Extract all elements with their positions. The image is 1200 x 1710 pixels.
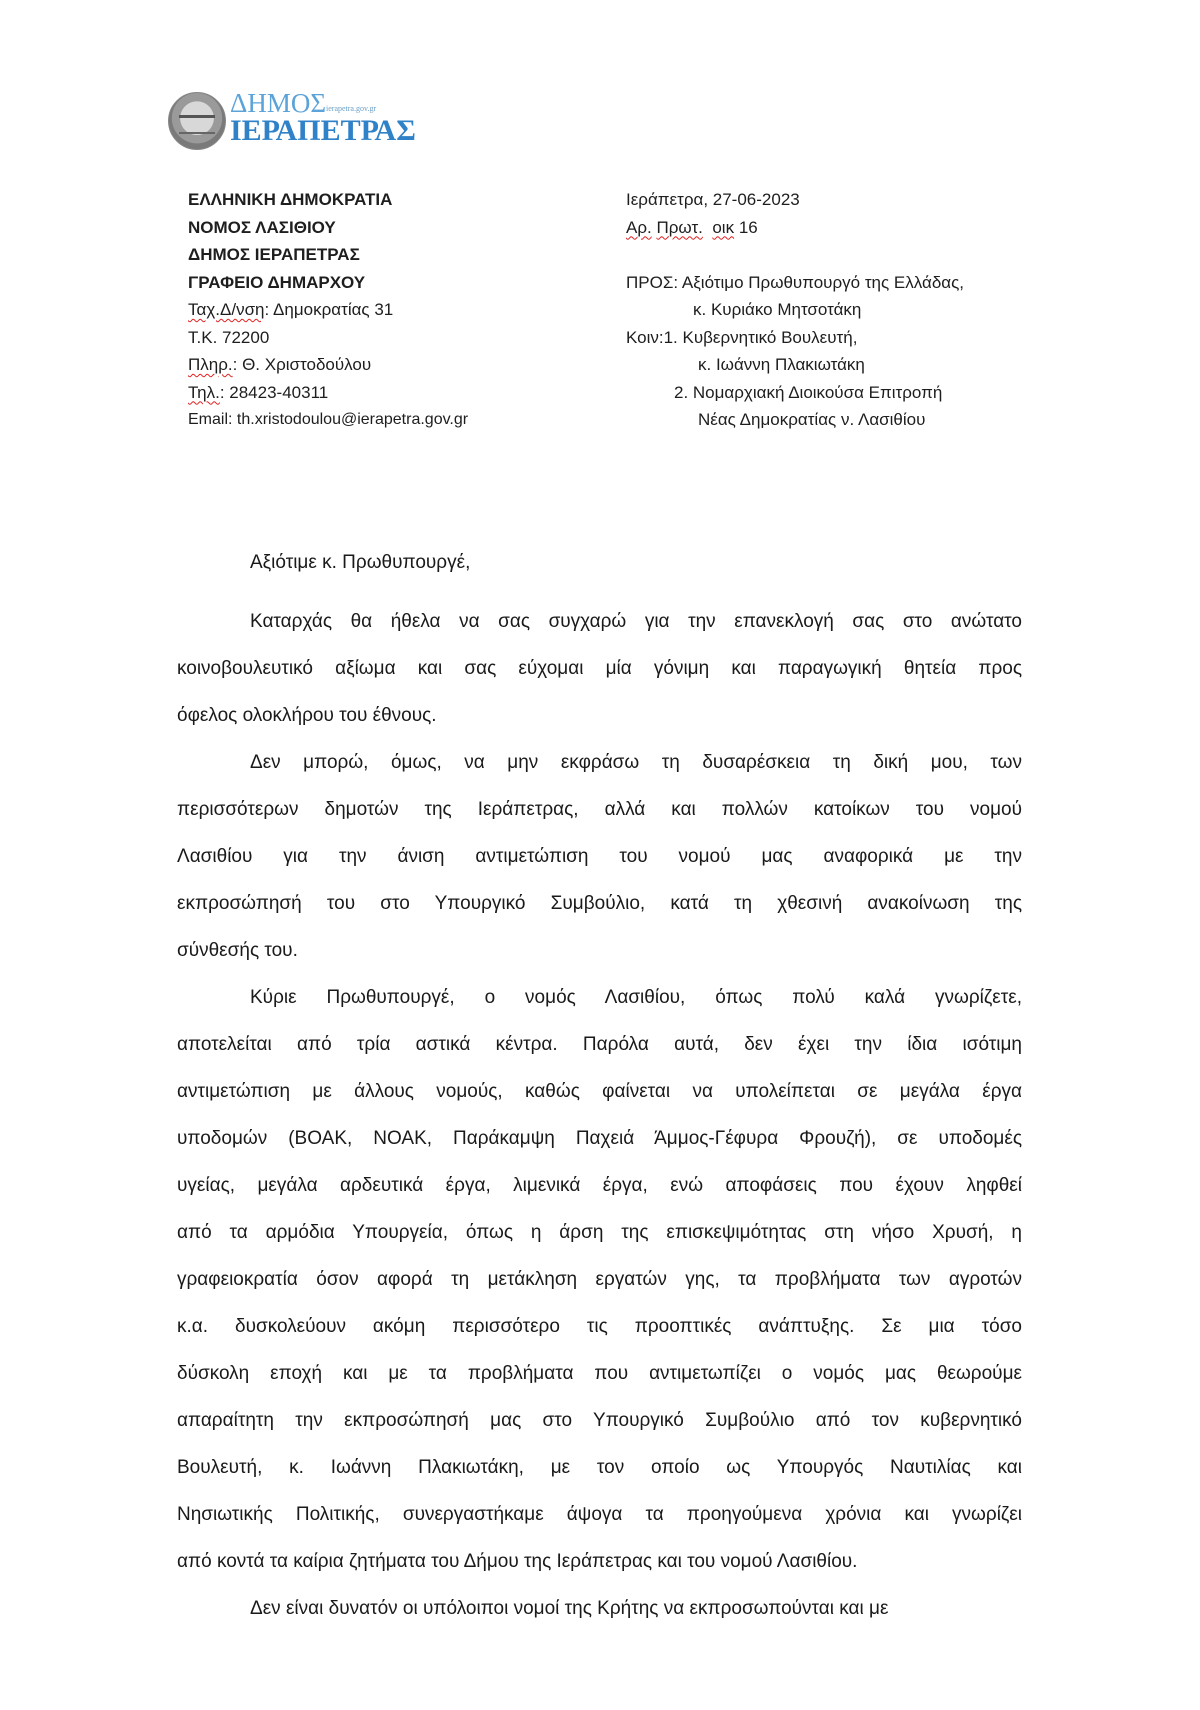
municipal-seal-icon (168, 92, 226, 150)
paragraph-line: από κοντά τα καίρια ζητήματα του Δήμου τ… (177, 1538, 1022, 1585)
paragraph-line: από τα αρμόδια Υπουργεία, όπως η άρση τη… (177, 1209, 1022, 1256)
municipality-logo: ΔΗΜΟΣ ierapetra.gov.gr ΙΕΡΑΠΕΤΡΑΣ (168, 88, 418, 158)
paragraph-line: Λασιθίου για την άνιση αντιμετώπιση του … (177, 833, 1022, 880)
paragraph: Δεν είναι δυνατόν οι υπόλοιποι νομοί της… (177, 1585, 1022, 1632)
paragraph: Καταρχάς θα ήθελα να σας συγχαρώ για την… (177, 598, 1022, 739)
paragraph-line: δύσκολη εποχή και με τα προβλήματα που α… (177, 1350, 1022, 1397)
paragraph-line: κ.α. δυσκολεύουν ακόμη περισσότερο τις π… (177, 1303, 1022, 1350)
protocol-label-oik: οικ (712, 218, 734, 237)
paragraph-line: αντιμετώπιση με άλλους νομούς, καθώς φαί… (177, 1068, 1022, 1115)
letter-paragraphs: Καταρχάς θα ήθελα να σας συγχαρώ για την… (177, 598, 1022, 1632)
protocol-number: Αρ. Πρωτ. οικ 16 (626, 214, 1096, 242)
protocol-label-prot: Πρωτ. (656, 218, 702, 237)
sender-org-office: ΓΡΑΦΕΙΟ ΔΗΜΑΡΧΟΥ (188, 269, 568, 297)
paragraph-line: κοινοβουλευτικό αξίωμα και σας εύχομαι μ… (177, 645, 1022, 692)
sender-postal-code: Τ.Κ. 72200 (188, 324, 568, 352)
place-date: Ιεράπετρα, 27-06-2023 (626, 186, 1096, 214)
paragraph-line: αποτελείται από τρία αστικά κέντρα. Παρό… (177, 1021, 1022, 1068)
paragraph-line: υγείας, μεγάλα αρδευτικά έργα, λιμενικά … (177, 1162, 1022, 1209)
logo-text-ierapetras: ΙΕΡΑΠΕΤΡΑΣ (230, 114, 416, 148)
paragraph-line: Δεν είναι δυνατόν οι υπόλοιποι νομοί της… (177, 1585, 1022, 1632)
cc-line-2-detail: Νέας Δημοκρατίας ν. Λασιθίου (626, 406, 1096, 434)
address-value: : Δημοκρατίας 31 (265, 300, 394, 319)
protocol-label-ar: Αρ. (626, 218, 652, 237)
paragraph-line: υποδομών (ΒΟΑΚ, ΝΟΑΚ, Παράκαμψη Παχειά Ά… (177, 1115, 1022, 1162)
salutation: Αξιότιμε κ. Πρωθυπουργέ, (250, 548, 1022, 598)
letter-body: Αξιότιμε κ. Πρωθυπουργέ, Καταρχάς θα ήθε… (177, 548, 1022, 1632)
recipient-block: Ιεράπετρα, 27-06-2023 Αρ. Πρωτ. οικ 16 Π… (626, 186, 1096, 434)
paragraph-line: Νησιωτικής Πολιτικής, συνεργαστήκαμε άψο… (177, 1491, 1022, 1538)
cc-line-2: 2. Νομαρχιακή Διοικούσα Επιτροπή (626, 379, 1096, 407)
recipient-to-name: κ. Κυριάκο Μητσοτάκη (626, 296, 1096, 324)
sender-org-prefecture: ΝΟΜΟΣ ΛΑΣΙΘΙΟΥ (188, 214, 568, 242)
paragraph-line: γραφειοκρατία όσον αφορά τη μετάκληση ερ… (177, 1256, 1022, 1303)
paragraph-line: Δεν μπορώ, όμως, να μην εκφράσω τη δυσαρ… (177, 739, 1022, 786)
paragraph-line: σύνθεσής του. (177, 927, 1022, 974)
recipient-to: ΠΡΟΣ: Αξιότιμο Πρωθυπουργό της Ελλάδας, (626, 269, 1096, 297)
paragraph: Δεν μπορώ, όμως, να μην εκφράσω τη δυσαρ… (177, 739, 1022, 974)
paragraph-line: Καταρχάς θα ήθελα να σας συγχαρώ για την… (177, 598, 1022, 645)
sender-email: Email: th.xristodoulou@ierapetra.gov.gr (188, 406, 568, 434)
paragraph-line: εκπροσώπησή του στο Υπουργικό Συμβούλιο,… (177, 880, 1022, 927)
sender-block: ΕΛΛΗΝΙΚΗ ΔΗΜΟΚΡΑΤΙΑ ΝΟΜΟΣ ΛΑΣΙΘΙΟΥ ΔΗΜΟΣ… (188, 186, 568, 434)
phone-label: Τηλ. (188, 383, 220, 402)
logo-url: ierapetra.gov.gr (326, 104, 376, 113)
paragraph-line: απαραίτητη την εκπροσώπησή μας στο Υπουρ… (177, 1397, 1022, 1444)
paragraph-line: Κύριε Πρωθυπουργέ, ο νομός Λασιθίου, όπω… (177, 974, 1022, 1021)
paragraph-line: περισσότερων δημοτών της Ιεράπετρας, αλλ… (177, 786, 1022, 833)
sender-phone: Τηλ.: 28423-40311 (188, 379, 568, 407)
paragraph-line: Βουλευτή, κ. Ιωάννη Πλακιωτάκη, με τον ο… (177, 1444, 1022, 1491)
sender-org-republic: ΕΛΛΗΝΙΚΗ ΔΗΜΟΚΡΑΤΙΑ (188, 186, 568, 214)
sender-org-municipality: ΔΗΜΟΣ ΙΕΡΑΠΕΤΡΑΣ (188, 241, 568, 269)
address-label: Ταχ.Δ/νση (188, 300, 265, 319)
paragraph: Κύριε Πρωθυπουργέ, ο νομός Λασιθίου, όπω… (177, 974, 1022, 1585)
phone-value: : 28423-40311 (220, 383, 328, 402)
cc-line-1: Κοιν:1. Κυβερνητικό Βουλευτή, (626, 324, 1096, 352)
contact-label: Πληρ. (188, 355, 233, 374)
sender-address: Ταχ.Δ/νση: Δημοκρατίας 31 (188, 296, 568, 324)
paragraph-line: όφελος ολοκλήρου του έθνους. (177, 692, 1022, 739)
cc-line-1-name: κ. Ιωάννη Πλακιωτάκη (626, 351, 1096, 379)
protocol-value: 16 (739, 218, 758, 237)
sender-contact: Πληρ.: Θ. Χριστοδούλου (188, 351, 568, 379)
contact-value: : Θ. Χριστοδούλου (233, 355, 372, 374)
